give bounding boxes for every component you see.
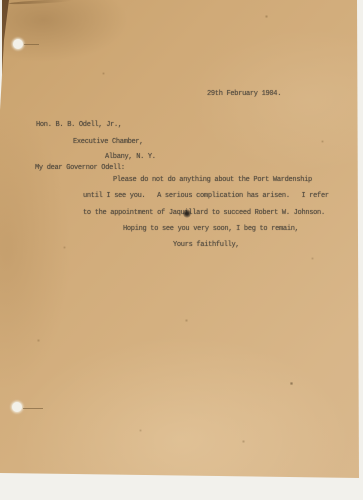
letter-paper — [0, 0, 363, 500]
ink-blot — [183, 209, 191, 218]
recipient-address-line: Executive Chamber, — [73, 138, 143, 147]
recipient-name: Hon. B. B. Odell, Jr., — [36, 121, 122, 130]
salutation: My dear Governor Odell: — [35, 164, 125, 173]
scanned-letter-page: 29th February 1904. Hon. B. B. Odell, Jr… — [0, 0, 363, 500]
body-line: until I see you. A serious complication … — [83, 192, 329, 201]
scratch-mark-top — [24, 44, 39, 45]
letter-closing: Yours faithfully, — [173, 241, 239, 250]
body-line: Please do not do anything about the Port… — [113, 176, 312, 185]
body-line: to the appointment of Jaquillard to succ… — [83, 209, 325, 218]
paper-foxing-specks — [0, 0, 1, 1]
scratch-mark-bottom — [23, 408, 43, 409]
hole-punch-top — [13, 39, 23, 49]
hole-punch-bottom — [12, 402, 22, 412]
body-line: Hoping to see you very soon, I beg to re… — [123, 225, 299, 234]
letter-date: 29th February 1904. — [207, 90, 281, 99]
recipient-city-line: Albany, N. Y. — [105, 153, 156, 162]
